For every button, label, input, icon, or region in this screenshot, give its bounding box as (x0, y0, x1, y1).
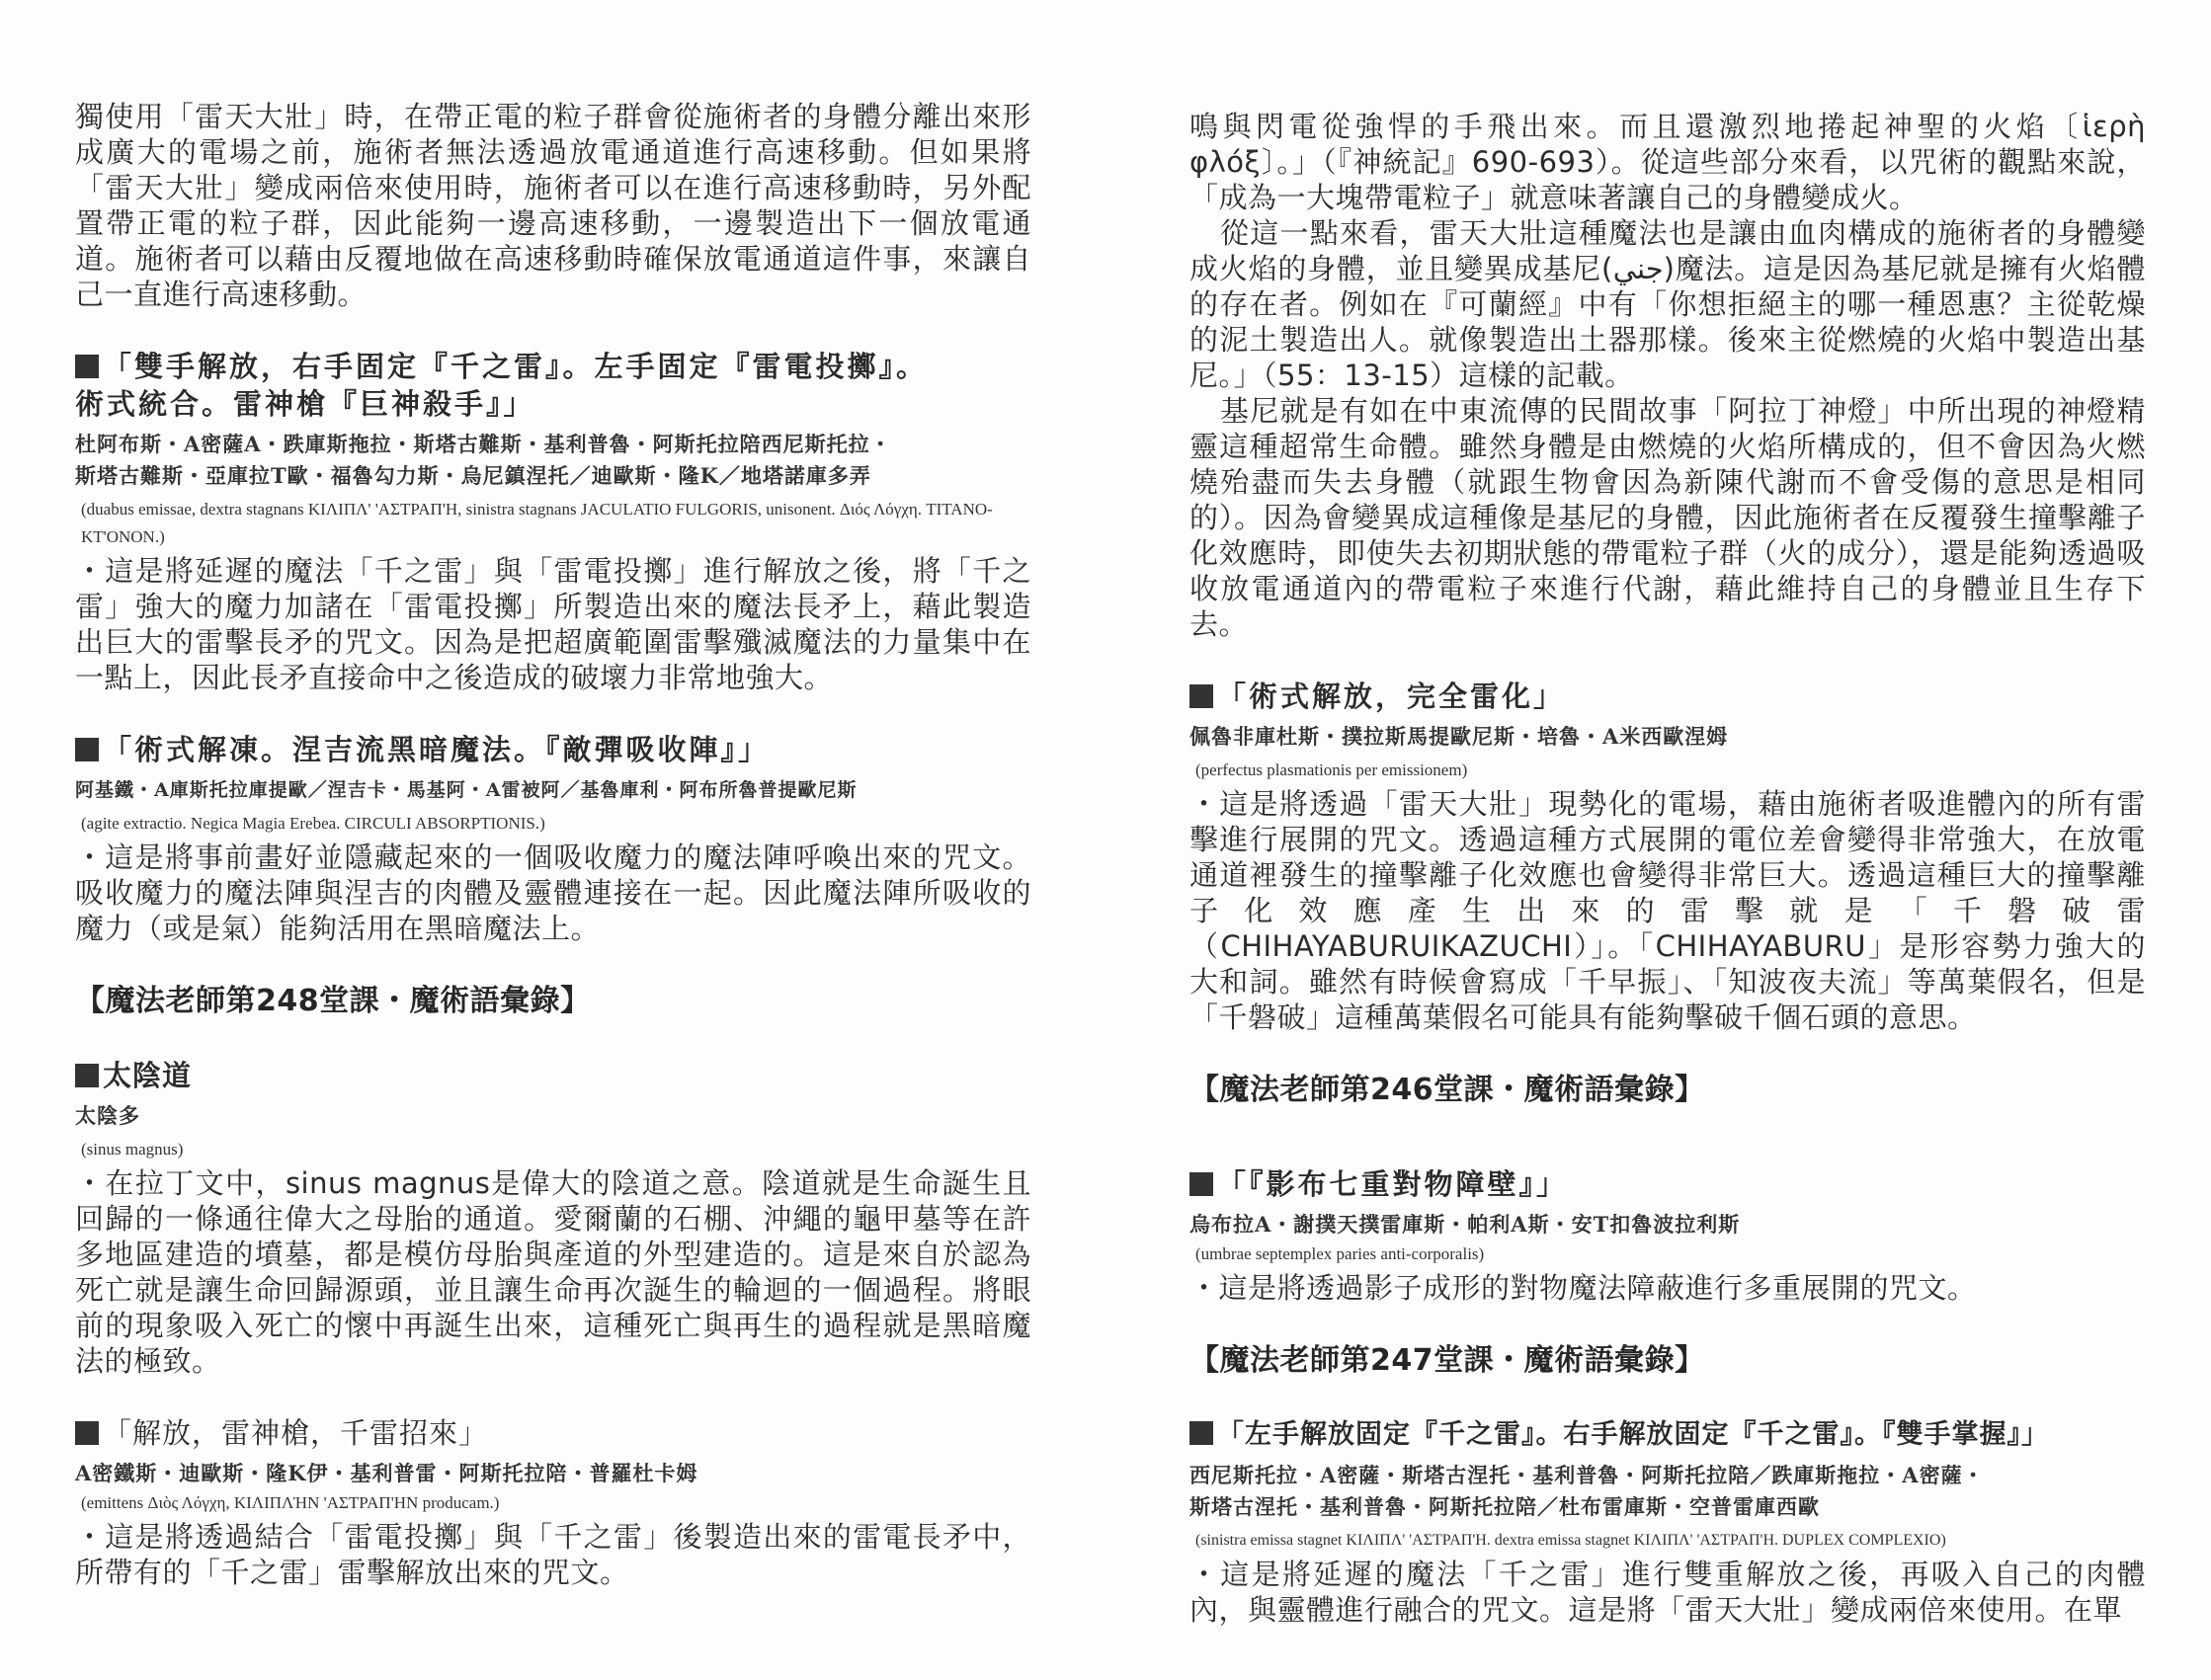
latin-incantation: (agite extractio. Negica Magia Erebea. C… (81, 810, 1031, 838)
chant-line-1: 阿基鐵・A庫斯托拉庫提歐／涅吉卡・馬基阿・A雷被阿／基魯庫利・阿布所魯普提歐尼斯 (75, 774, 1031, 806)
glossary-entry-sinus-magnus: 太陰道 太陰多 (sinus magnus) ・在拉丁文中，sinus magn… (75, 1057, 1031, 1379)
square-bullet-icon (75, 1064, 99, 1087)
lesson-heading-247: 【魔法老師第247堂課・魔術語彙錄】 (1189, 1341, 2146, 1381)
entry-title: 「『影布七重對物障壁』」 (1189, 1165, 2146, 1203)
glossary-entry-titan-killer: 「雙手解放，右手固定『千之雷』。左手固定『雷電投擲』。 術式統合。雷神槍『巨神殺… (75, 348, 1031, 695)
entry-description: ・這是將延遲的魔法「千之雷」與「雷電投擲」進行解放之後，將「千之雷」強大的魔力加… (75, 553, 1031, 695)
chant-line-1: A密鐵斯・迪歐斯・隆K伊・基利普雷・阿斯托拉陪・普羅杜卡姆 (75, 1458, 1031, 1489)
entry-title: 「解放，雷神槍，千雷招來」 (75, 1414, 1031, 1452)
latin-incantation: (duabus emissae, dextra stagnans ΚΙΛΙΠΛ'… (81, 496, 1031, 551)
glossary-entry-shadow-barrier: 「『影布七重對物障壁』」 烏布拉A・謝撲天撲雷庫斯・帕利A斯・安T扣魯波拉利斯 … (1189, 1165, 2146, 1306)
entry-title-line-1: 「左手解放固定『千之雷』。右手解放固定『千之雷』。『雙手掌握』」 (1217, 1419, 2049, 1450)
entry-description: ・這是將延遲的魔法「千之雷」進行雙重解放之後，再吸入自己的肉體內，與靈體進行融合… (1189, 1557, 2146, 1628)
right-page: 鳴與閃電從強悍的手飛出來。而且還激烈地捲起神聖的火焰〔ἱερὴ φλόξ〕。」（… (1189, 0, 2146, 1680)
latin-incantation: (emittens Διὸς Λόγχη, ΚΙΛΙΠΛΉΝ 'ΑΣΤΡΑΠ'Η… (81, 1489, 1031, 1517)
entry-title-line-1: 太陰道 (103, 1059, 192, 1092)
intro-paragraph-2: 從這一點來看，雷天大壯這種魔法也是讓由血肉構成的施術者的身體變成火焰的身體，並且… (1189, 215, 2146, 393)
lesson-heading-246: 【魔法老師第246堂課・魔術語彙錄】 (1189, 1071, 2146, 1110)
latin-incantation: (sinistra emissa stagnet ΚΙΛΙΠΛ' 'ΑΣΤΡΑΠ… (1195, 1527, 2146, 1555)
entry-title: 「雙手解放，右手固定『千之雷』。左手固定『雷電投擲』。 (75, 348, 1031, 385)
square-bullet-icon (75, 355, 99, 378)
chant-line-2: 斯塔古難斯・亞庫拉T歐・福魯勾力斯・烏尼鎮涅托／迪歐斯・隆K／地塔諾庫多弄 (75, 460, 1031, 492)
glossary-entry-thunder-spear-release: 「解放，雷神槍，千雷招來」 A密鐵斯・迪歐斯・隆K伊・基利普雷・阿斯托拉陪・普羅… (75, 1414, 1031, 1590)
latin-incantation: (umbrae septemplex paries anti-corporali… (1195, 1240, 2146, 1268)
entry-description: ・這是將透過「雷天大壯」現勢化的電場，藉由施術者吸進體內的所有雷擊進行展開的咒文… (1189, 786, 2146, 1035)
left-page: 獨使用「雷天大壯」時，在帶正電的粒子群會從施術者的身體分離出來形成廣大的電場之前… (75, 0, 1031, 1680)
entry-title-line-1: 「『影布七重對物障壁』」 (1217, 1167, 1568, 1201)
entry-title-line-1: 「雙手解放，右手固定『千之雷』。左手固定『雷電投擲』。 (103, 350, 928, 383)
entry-title: 「術式解凍。涅吉流黑暗魔法。『敵彈吸收陣』」 (75, 731, 1031, 768)
glossary-entry-complete-lightning: 「術式解放，完全雷化」 佩魯非庫杜斯・撲拉斯馬提歐尼斯・培魯・A米西歐涅姆 (p… (1189, 678, 2146, 1035)
chant-line-1: 佩魯非庫杜斯・撲拉斯馬提歐尼斯・培魯・A米西歐涅姆 (1189, 721, 2146, 753)
entry-description: ・在拉丁文中，sinus magnus是偉大的陰道之意。陰道就是生命誕生且回歸的… (75, 1165, 1031, 1379)
intro-paragraph-3: 基尼就是有如在中東流傳的民間故事「阿拉丁神燈」中所出現的神燈精靈這種超常生命體。… (1189, 393, 2146, 642)
entry-title: 「左手解放固定『千之雷』。右手解放固定『千之雷』。『雙手掌握』」 (1189, 1416, 2146, 1454)
entry-description: ・這是將透過影子成形的對物魔法障蔽進行多重展開的咒文。 (1189, 1270, 2146, 1306)
latin-incantation: (sinus magnus) (81, 1136, 1031, 1163)
glossary-entry-dual-grasp: 「左手解放固定『千之雷』。右手解放固定『千之雷』。『雙手掌握』」 西尼斯托拉・A… (1189, 1416, 2146, 1628)
square-bullet-icon (75, 1421, 99, 1445)
chant-line-1: 西尼斯托拉・A密薩・斯塔古涅托・基利普魯・阿斯托拉陪／跌庫斯拖拉・A密薩・ (1189, 1460, 2146, 1491)
chant-line-1: 杜阿布斯・A密薩A・跌庫斯拖拉・斯塔古難斯・基利普魯・阿斯托拉陪西尼斯托拉・ (75, 429, 1031, 460)
lesson-heading-248: 【魔法老師第248堂課・魔術語彙錄】 (75, 982, 1031, 1021)
square-bullet-icon (1189, 1172, 1213, 1196)
intro-paragraph: 獨使用「雷天大壯」時，在帶正電的粒子群會從施術者的身體分離出來形成廣大的電場之前… (75, 99, 1031, 312)
entry-description: ・這是將透過結合「雷電投擲」與「千之雷」後製造出來的雷電長矛中，所帶有的「千之雷… (75, 1519, 1031, 1590)
intro-paragraph-1: 鳴與閃電從強悍的手飛出來。而且還激烈地捲起神聖的火焰〔ἱερὴ φλόξ〕。」（… (1189, 109, 2146, 215)
entry-title-line-1: 「術式解放，完全雷化」 (1217, 680, 1565, 713)
entry-description: ・這是將事前畫好並隱藏起來的一個吸收魔力的魔法陣呼喚出來的咒文。吸收魔力的魔法陣… (75, 840, 1031, 946)
square-bullet-icon (1189, 684, 1213, 708)
entry-title-line-2: 術式統合。雷神槍『巨神殺手』」 (75, 385, 1031, 423)
chant-line-1: 烏布拉A・謝撲天撲雷庫斯・帕利A斯・安T扣魯波拉利斯 (1189, 1209, 2146, 1240)
latin-incantation: (perfectus plasmationis per emissionem) (1195, 757, 2146, 784)
entry-title-line-1: 「術式解凍。涅吉流黑暗魔法。『敵彈吸收陣』」 (103, 733, 770, 766)
entry-title: 太陰道 (75, 1057, 1031, 1094)
entry-title: 「術式解放，完全雷化」 (1189, 678, 2146, 715)
entry-title-line-1: 「解放，雷神槍，千雷招來」 (103, 1416, 488, 1450)
square-bullet-icon (1189, 1421, 1213, 1445)
glossary-entry-absorption-circle: 「術式解凍。涅吉流黑暗魔法。『敵彈吸收陣』」 阿基鐵・A庫斯托拉庫提歐／涅吉卡・… (75, 731, 1031, 946)
square-bullet-icon (75, 738, 99, 761)
chant-line-2: 斯塔古涅托・基利普魯・阿斯托拉陪／杜布雷庫斯・空普雷庫西歐 (1189, 1491, 2146, 1523)
chant-line-1: 太陰多 (75, 1100, 1031, 1132)
